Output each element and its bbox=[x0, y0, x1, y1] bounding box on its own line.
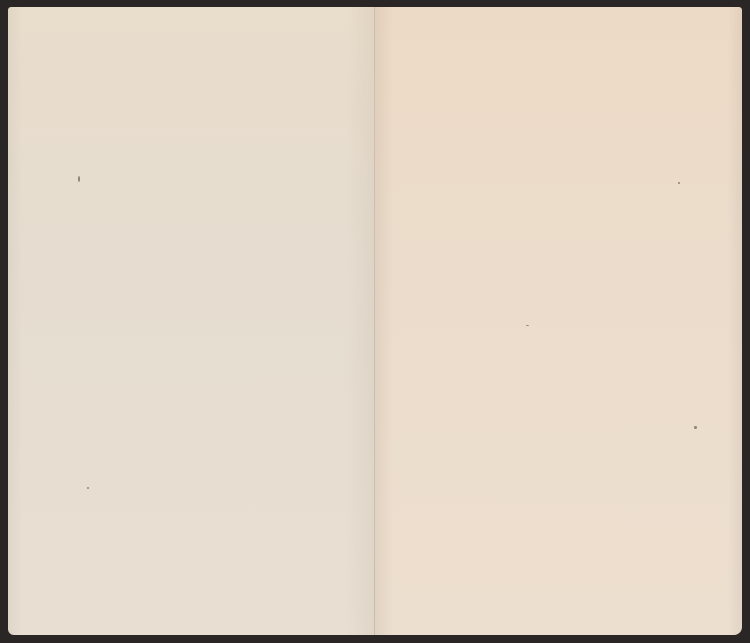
book-scan bbox=[0, 0, 750, 643]
right-page bbox=[375, 7, 742, 635]
paper-speck bbox=[694, 426, 697, 429]
left-page bbox=[8, 7, 375, 635]
paper-speck bbox=[87, 487, 89, 489]
paper-speck bbox=[678, 182, 680, 184]
paper-speck bbox=[526, 325, 529, 326]
paper-speck bbox=[78, 176, 80, 182]
